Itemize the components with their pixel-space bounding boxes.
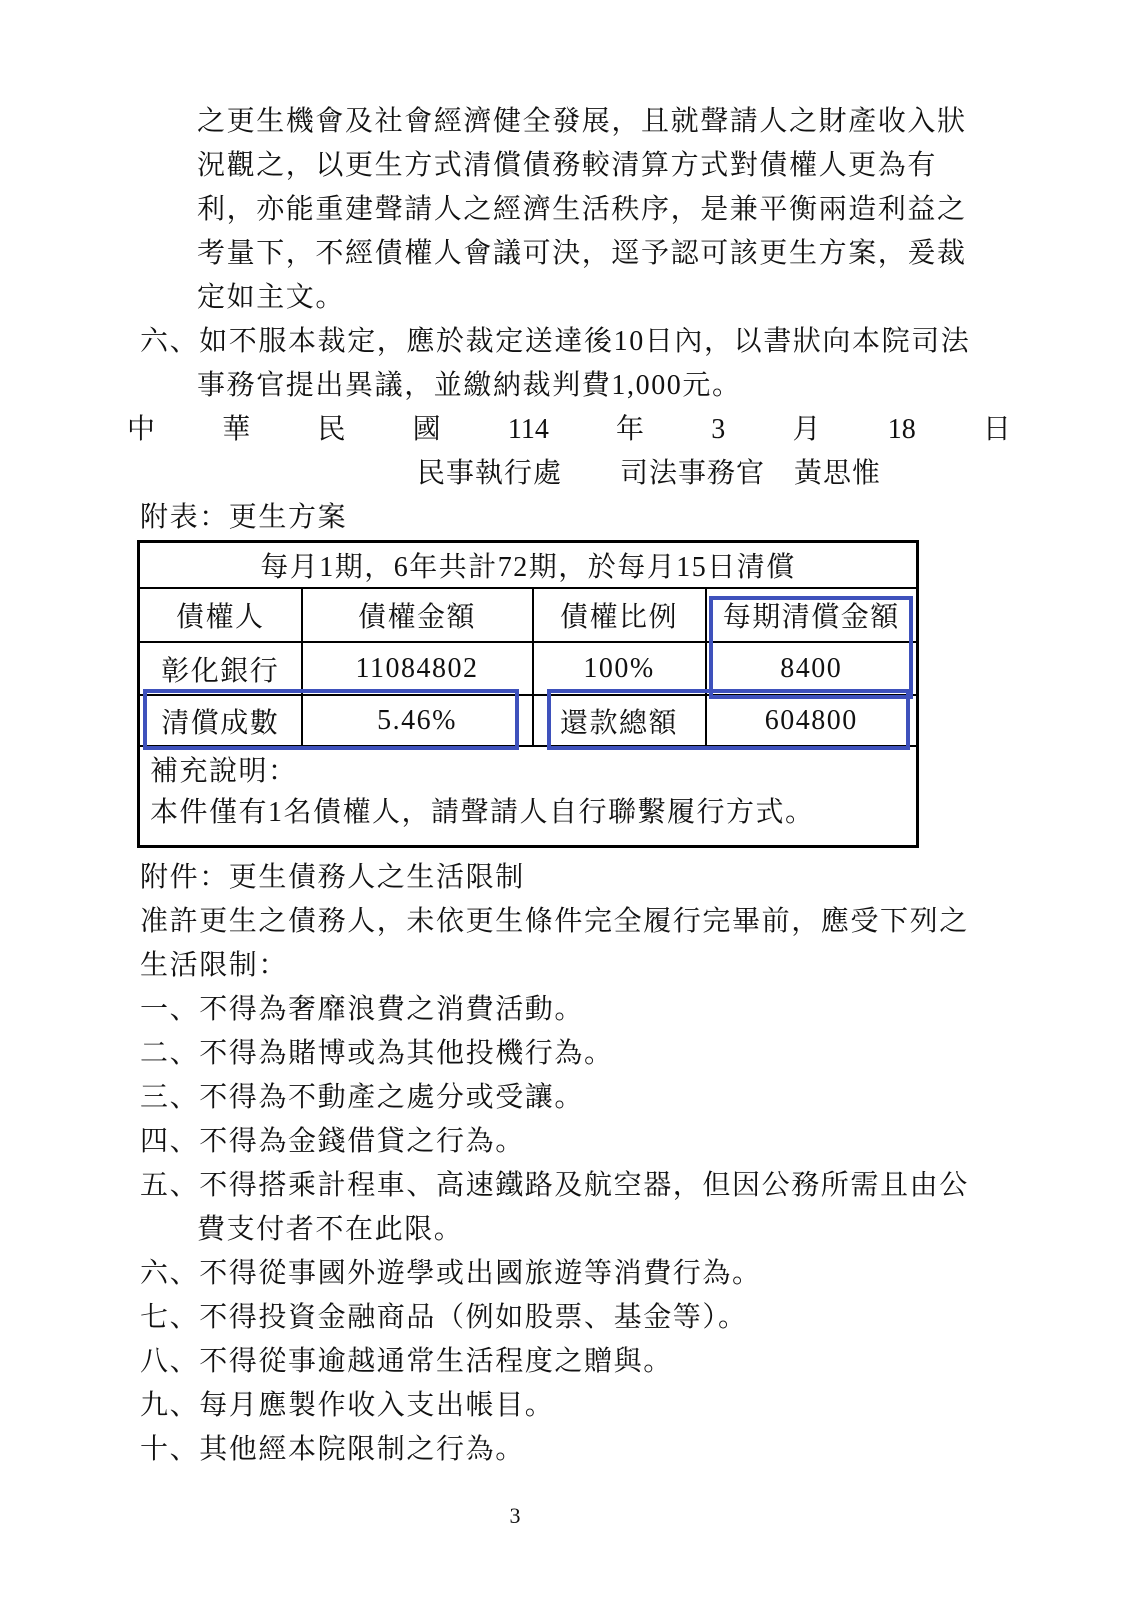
restriction-item-4: 四、不得為金錢借貸之行為。 [140, 1120, 1020, 1164]
date-part: 民 [317, 408, 345, 452]
officer-signature-line: 民事執行處 司法事務官 黃思惟 [140, 452, 1020, 496]
repayment-plan-table: 每月1期，6年共計72期，於每月15日清償 債權人 債權金額 債權比例 每期清償… [137, 540, 919, 848]
date-part: 中 [127, 408, 155, 452]
clause-six-line: 事務官提出異議，並繳納裁判費1,000元。 [140, 364, 1020, 408]
date-part: 日 [983, 408, 1011, 452]
label-total-repayment: 還款總額 [533, 695, 706, 746]
header-claim-amount: 債權金額 [302, 588, 533, 642]
restriction-item-6: 六、不得從事國外遊學或出國旅遊等消費行為。 [140, 1252, 1020, 1296]
restriction-item-3: 三、不得為不動產之處分或受讓。 [140, 1076, 1020, 1120]
cell-per-period-amount: 8400 [706, 642, 918, 695]
header-claim-ratio: 債權比例 [533, 588, 706, 642]
opening-paragraph-line: 定如主文。 [140, 276, 1020, 320]
restriction-item-9: 九、每月應製作收入支出帳目。 [140, 1384, 1020, 1428]
attachment-title: 附件：更生債務人之生活限制 [140, 856, 1020, 900]
clause-six-line: 六、如不服本裁定，應於裁定送達後10日內，以書狀向本院司法 [140, 320, 1020, 364]
note-text: 本件僅有1名債權人，請聲請人自行聯繫履行方式。 [150, 792, 906, 833]
restriction-item-8: 八、不得從事逾越通常生活程度之贈與。 [140, 1340, 1020, 1384]
opening-paragraph-line: 況觀之，以更生方式清償債務較清算方式對債權人更為有 [140, 144, 1020, 188]
restriction-item-5-continuation: 費支付者不在此限。 [140, 1208, 1020, 1252]
cell-claim-amount: 11084802 [302, 642, 533, 695]
date-part: 華 [222, 408, 250, 452]
header-creditor: 債權人 [139, 588, 302, 642]
table-caption: 附表：更生方案 [140, 496, 1020, 540]
date-part-month: 3 [711, 408, 725, 452]
date-part: 月 [792, 408, 820, 452]
table-title-cell: 每月1期，6年共計72期，於每月15日清償 [139, 542, 918, 589]
document-body: 之更生機會及社會經濟健全發展，且就聲請人之財產收入狀 況觀之，以更生方式清償債務… [140, 100, 1020, 1472]
table-row: 彰化銀行 11084802 100% 8400 [139, 642, 918, 695]
court-document-page: 之更生機會及社會經濟健全發展，且就聲請人之財產收入狀 況觀之，以更生方式清償債務… [0, 0, 1131, 1600]
header-per-period-amount: 每期清償金額 [706, 588, 918, 642]
restriction-item-7: 七、不得投資金融商品（例如股票、基金等）。 [140, 1296, 1020, 1340]
page-number: 3 [0, 1503, 1030, 1529]
restrictions-intro-line: 生活限制： [140, 944, 1020, 988]
cell-claim-ratio: 100% [533, 642, 706, 695]
repayment-plan-table-wrap: 每月1期，6年共計72期，於每月15日清償 債權人 債權金額 債權比例 每期清償… [137, 540, 916, 848]
date-part-year: 114 [508, 408, 549, 452]
label-repayment-rate: 清償成數 [139, 695, 302, 746]
opening-paragraph-line: 考量下，不經債權人會議可決，逕予認可該更生方案，爰裁 [140, 232, 1020, 276]
opening-paragraph-line: 之更生機會及社會經濟健全發展，且就聲請人之財產收入狀 [140, 100, 1020, 144]
date-part: 年 [616, 408, 644, 452]
note-cell: 補充說明： 本件僅有1名債權人，請聲請人自行聯繫履行方式。 [139, 746, 918, 847]
opening-paragraph-line: 利，亦能重建聲請人之經濟生活秩序，是兼平衡兩造利益之 [140, 188, 1020, 232]
date-part: 國 [413, 408, 441, 452]
date-part-day: 18 [888, 408, 916, 452]
note-label: 補充說明： [150, 751, 906, 792]
cell-repayment-rate: 5.46% [302, 695, 533, 746]
restriction-item-1: 一、不得為奢靡浪費之消費活動。 [140, 988, 1020, 1032]
restriction-item-10: 十、其他經本院限制之行為。 [140, 1428, 1020, 1472]
cell-creditor-name: 彰化銀行 [139, 642, 302, 695]
restriction-item-2: 二、不得為賭博或為其他投機行為。 [140, 1032, 1020, 1076]
restriction-item-5: 五、不得搭乘計程車、高速鐵路及航空器，但因公務所需且由公 [140, 1164, 1020, 1208]
cell-total-repayment: 604800 [706, 695, 918, 746]
restrictions-intro-line: 准許更生之債務人，未依更生條件完全履行完畢前，應受下列之 [140, 900, 1020, 944]
table-summary-row: 清償成數 5.46% 還款總額 604800 [139, 695, 918, 746]
date-line: 中 華 民 國 114 年 3 月 18 日 [127, 408, 1011, 452]
